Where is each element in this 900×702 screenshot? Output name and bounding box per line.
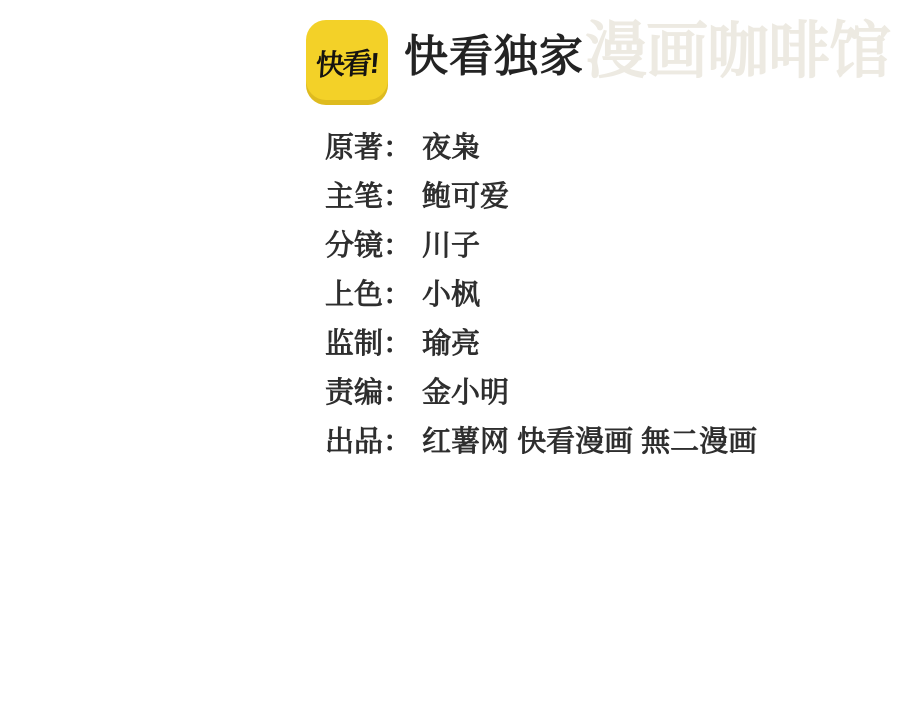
- brand-title: 快看独家: [404, 33, 584, 81]
- credits-list: 原著：夜枭 主笔：鲍可爱 分镜：川子 上色：小枫 监制：瑜亮 责编：金小明 出品…: [325, 124, 757, 467]
- credit-value: 夜枭: [422, 132, 480, 164]
- credit-label: 主笔: [325, 181, 383, 213]
- credit-label: 上色: [325, 279, 383, 311]
- credit-value: 小枫: [422, 279, 480, 311]
- credit-separator: ：: [383, 377, 412, 409]
- credit-separator: ：: [383, 426, 412, 458]
- credit-separator: ：: [383, 230, 412, 262]
- credit-label: 出品: [325, 426, 383, 458]
- credit-value: 川子: [422, 230, 480, 262]
- credit-value: 红薯网 快看漫画 無二漫画: [422, 426, 757, 458]
- credit-row-lead-artist: 主笔：鲍可爱: [325, 173, 757, 222]
- credit-value: 瑜亮: [422, 328, 480, 360]
- credit-label: 责编: [325, 377, 383, 409]
- credit-row-coloring: 上色：小枫: [325, 271, 757, 320]
- credit-separator: ：: [383, 181, 412, 213]
- watermark-text: 漫画咖啡馆: [585, 16, 890, 87]
- credit-row-author: 原著：夜枭: [325, 124, 757, 173]
- credit-row-editor: 责编：金小明: [325, 369, 757, 418]
- kuaikan-logo: 快看!: [306, 20, 388, 105]
- comic-credits-page: 快看! 快看独家 漫画咖啡馆 原著：夜枭 主笔：鲍可爱 分镜：川子 上色：小枫 …: [0, 0, 900, 702]
- credit-row-supervisor: 监制：瑜亮: [325, 320, 757, 369]
- credit-value: 鲍可爱: [422, 181, 509, 213]
- credit-row-producer: 出品：红薯网 快看漫画 無二漫画: [325, 418, 757, 467]
- credit-label: 原著: [325, 132, 383, 164]
- credit-separator: ：: [383, 279, 412, 311]
- credit-separator: ：: [383, 328, 412, 360]
- credit-label: 分镜: [325, 230, 383, 262]
- credit-row-storyboard: 分镜：川子: [325, 222, 757, 271]
- credit-value: 金小明: [422, 377, 509, 409]
- kuaikan-logo-text: 快看!: [315, 41, 380, 84]
- credit-separator: ：: [383, 132, 412, 164]
- credit-label: 监制: [325, 328, 383, 360]
